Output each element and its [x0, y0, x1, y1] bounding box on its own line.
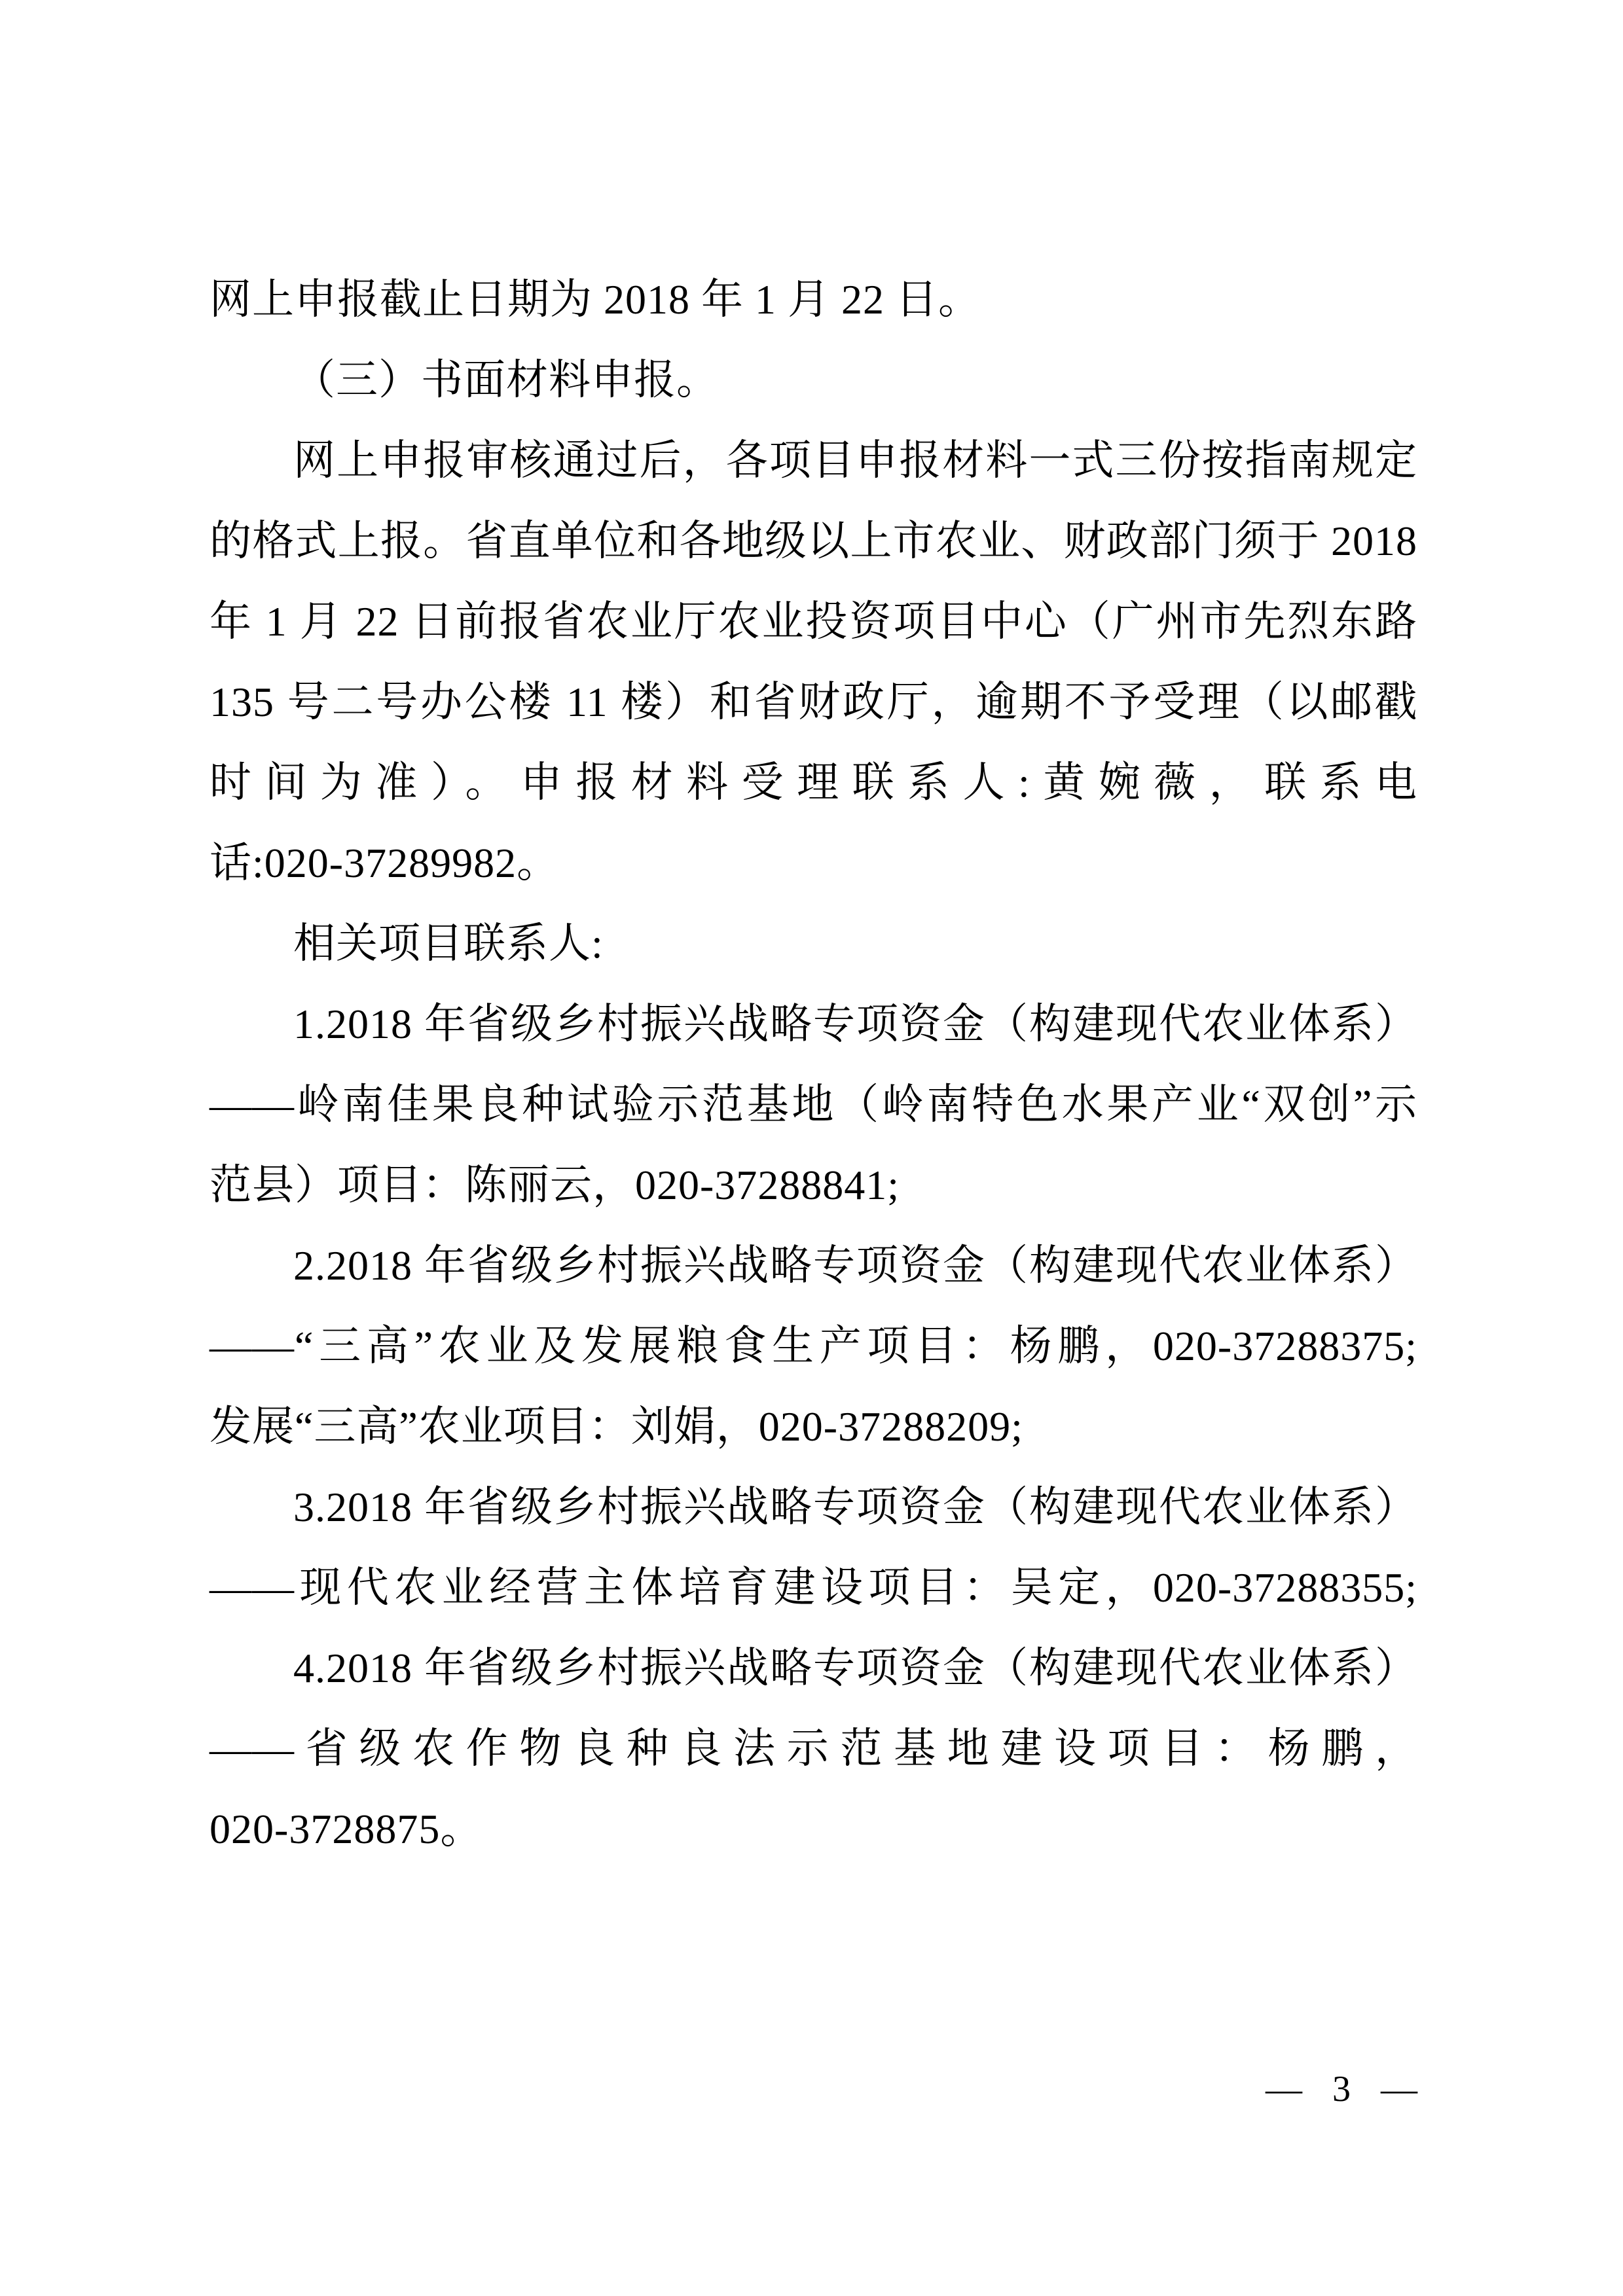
list-item: 3.2018 年省级乡村振兴战略专项资金（构建现代农业体系）: [210, 1467, 1417, 1547]
text-line: ——省级农作物良种良法示范基地建设项目：杨鹏，: [210, 1708, 1417, 1789]
text-line: 年 1 月 22 日前报省农业厅农业投资项目中心（广州市先烈东路: [210, 581, 1417, 662]
list-item: 2.2018 年省级乡村振兴战略专项资金（构建现代农业体系）: [210, 1225, 1417, 1306]
text-line: ——现代农业经营主体培育建设项目：吴定，020-37288355;: [210, 1547, 1417, 1628]
page-number: — 3 —: [1266, 2068, 1417, 2110]
text-line: 020-3728875。: [210, 1789, 1417, 1869]
list-item: 1.2018 年省级乡村振兴战略专项资金（构建现代农业体系）: [210, 984, 1417, 1064]
document-body: 网上申报截止日期为 2018 年 1 月 22 日。 （三）书面材料申报。 网上…: [210, 259, 1417, 1869]
text-line: 发展“三高”农业项目：刘娟，020-37288209;: [210, 1386, 1417, 1467]
section-heading: （三）书面材料申报。: [210, 340, 1417, 420]
text-line: 范县）项目：陈丽云，020-37288841;: [210, 1145, 1417, 1225]
text-line: 的格式上报。省直单位和各地级以上市农业、财政部门须于 2018: [210, 501, 1417, 581]
text-line: ——岭南佳果良种试验示范基地（岭南特色水果产业“双创”示: [210, 1064, 1417, 1145]
text-line: ——“三高”农业及发展粮食生产项目：杨鹏，020-37288375;: [210, 1306, 1417, 1386]
text-line: 网上申报截止日期为 2018 年 1 月 22 日。: [210, 259, 1417, 340]
list-item: 4.2018 年省级乡村振兴战略专项资金（构建现代农业体系）: [210, 1628, 1417, 1708]
text-line: 话:020-37289982。: [210, 823, 1417, 903]
text-line: 网上申报审核通过后，各项目申报材料一式三份按指南规定: [210, 420, 1417, 501]
document-page: 网上申报截止日期为 2018 年 1 月 22 日。 （三）书面材料申报。 网上…: [0, 0, 1623, 2296]
text-line: 相关项目联系人:: [210, 903, 1417, 984]
text-line: 时间为准）。申报材料受理联系人:黄婉薇，联系电: [210, 742, 1417, 823]
text-line: 135 号二号办公楼 11 楼）和省财政厅，逾期不予受理（以邮戳: [210, 662, 1417, 742]
